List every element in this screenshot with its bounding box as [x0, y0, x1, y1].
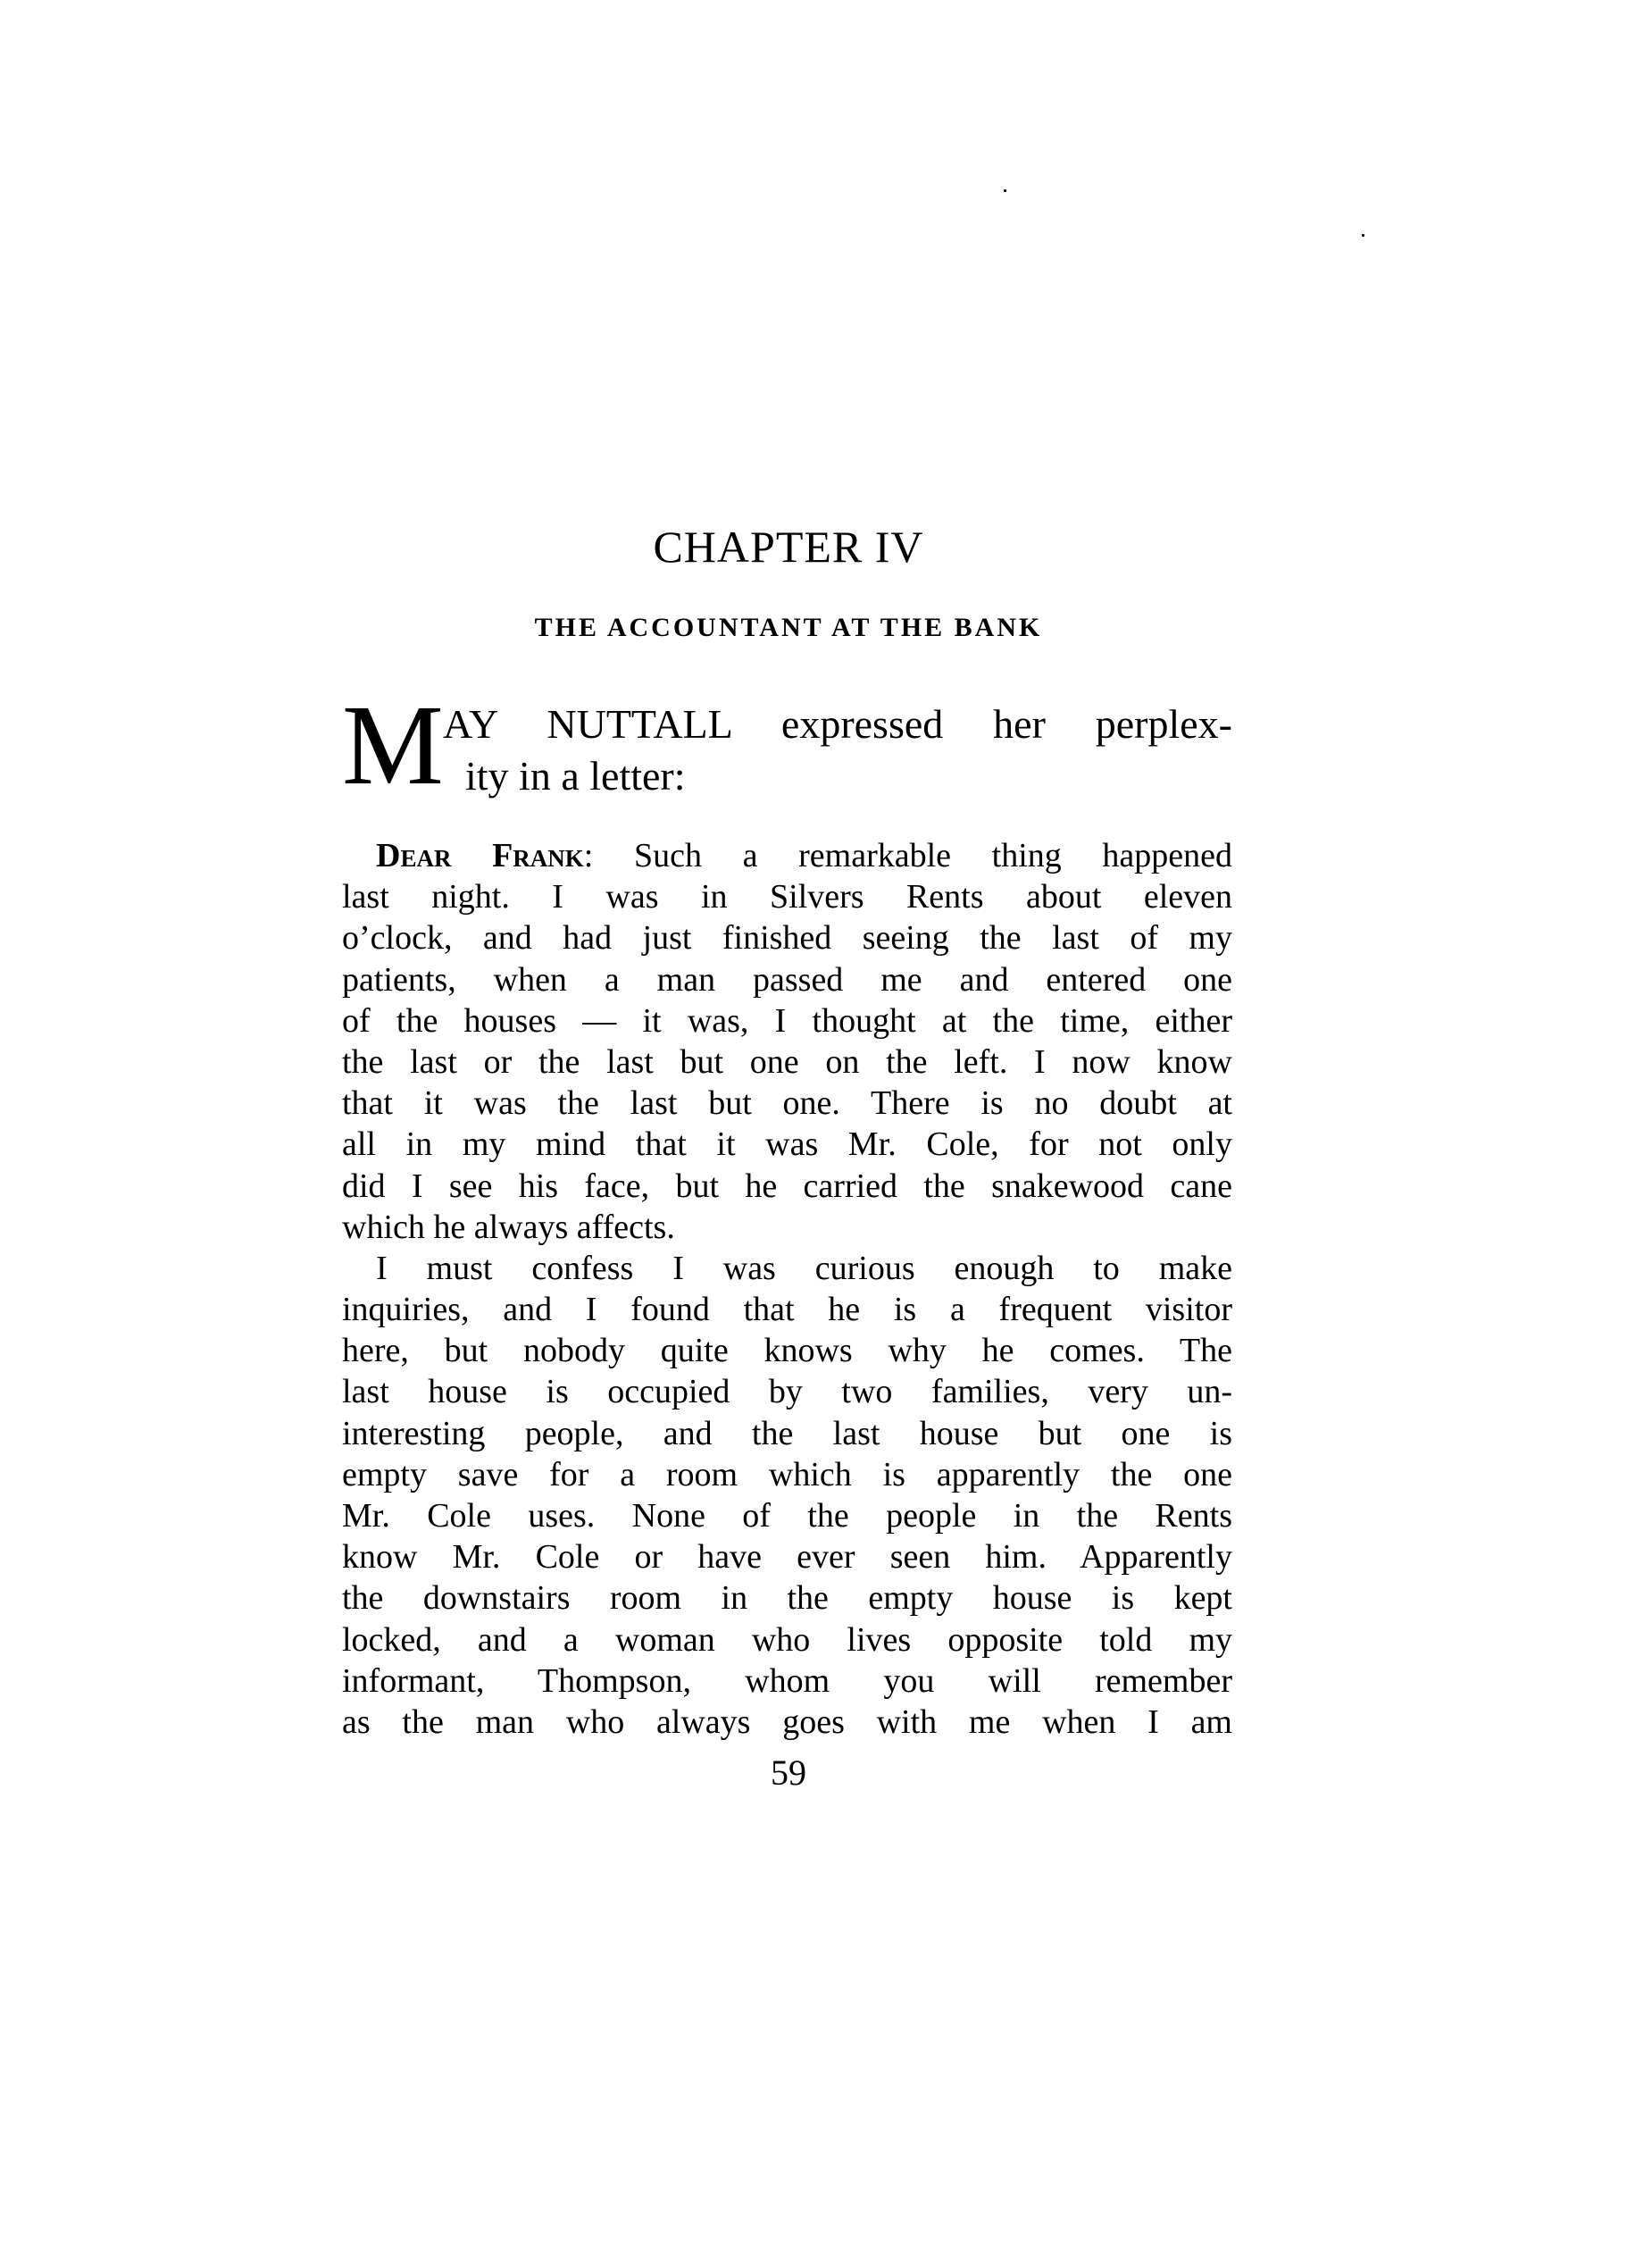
body-line: Mr. Cole uses. None of the people in the… [342, 1495, 1232, 1536]
opening-line-1: AY NUTTALL expressed her perplex- [443, 699, 1232, 749]
body-line: inquiries, and I found that he is a freq… [342, 1289, 1232, 1330]
body-line: locked, and a woman who lives opposite t… [342, 1619, 1232, 1661]
page-number: 59 [342, 1751, 1235, 1795]
body-line: of the houses — it was, I thought at the… [342, 1000, 1232, 1041]
body-line: all in my mind that it was Mr. Cole, for… [342, 1124, 1232, 1165]
body-line: interesting people, and the last house b… [342, 1413, 1232, 1454]
body-line: empty save for a room which is apparentl… [342, 1454, 1232, 1495]
body-line: did I see his face, but he carried the s… [342, 1166, 1232, 1207]
body-line: here, but nobody quite knows why he come… [342, 1330, 1232, 1371]
scan-speck [1004, 189, 1006, 192]
salutation: Dear Frank [376, 837, 584, 874]
body-line: know Mr. Cole or have ever seen him. App… [342, 1536, 1232, 1577]
body-line: last house is occupied by two families, … [342, 1371, 1232, 1412]
body-line: the downstairs room in the empty house i… [342, 1577, 1232, 1619]
body-line: that it was the last but one. There is n… [342, 1083, 1232, 1124]
body-line: which he always affects. [342, 1207, 1232, 1248]
body-line: o’clock, and had just finished seeing th… [342, 917, 1232, 958]
body-line: as the man who always goes with me when … [342, 1702, 1232, 1743]
body-line: last night. I was in Silvers Rents about… [342, 876, 1232, 917]
salutation-rest: : Such a remarkable thing happened [584, 837, 1232, 874]
drop-cap: M [342, 688, 444, 802]
body-line: patients, when a man passed me and enter… [342, 959, 1232, 1000]
body-line: I must confess I was curious enough to m… [342, 1248, 1232, 1289]
scan-speck [1362, 234, 1364, 237]
chapter-title: CHAPTER IV [342, 520, 1235, 573]
chapter-subtitle: THE ACCOUNTANT AT THE BANK [342, 610, 1235, 646]
opening-paragraph: M AY NUTTALL expressed her perplex- ity … [342, 695, 1235, 820]
body-line: the last or the last but one on the left… [342, 1041, 1232, 1083]
body-line: informant, Thompson, whom you will remem… [342, 1661, 1232, 1702]
opening-line-2: ity in a letter: [465, 751, 686, 801]
letter-body: Dear Frank: Such a remarkable thing happ… [342, 835, 1232, 1743]
letter-salutation-line: Dear Frank: Such a remarkable thing happ… [342, 835, 1232, 876]
